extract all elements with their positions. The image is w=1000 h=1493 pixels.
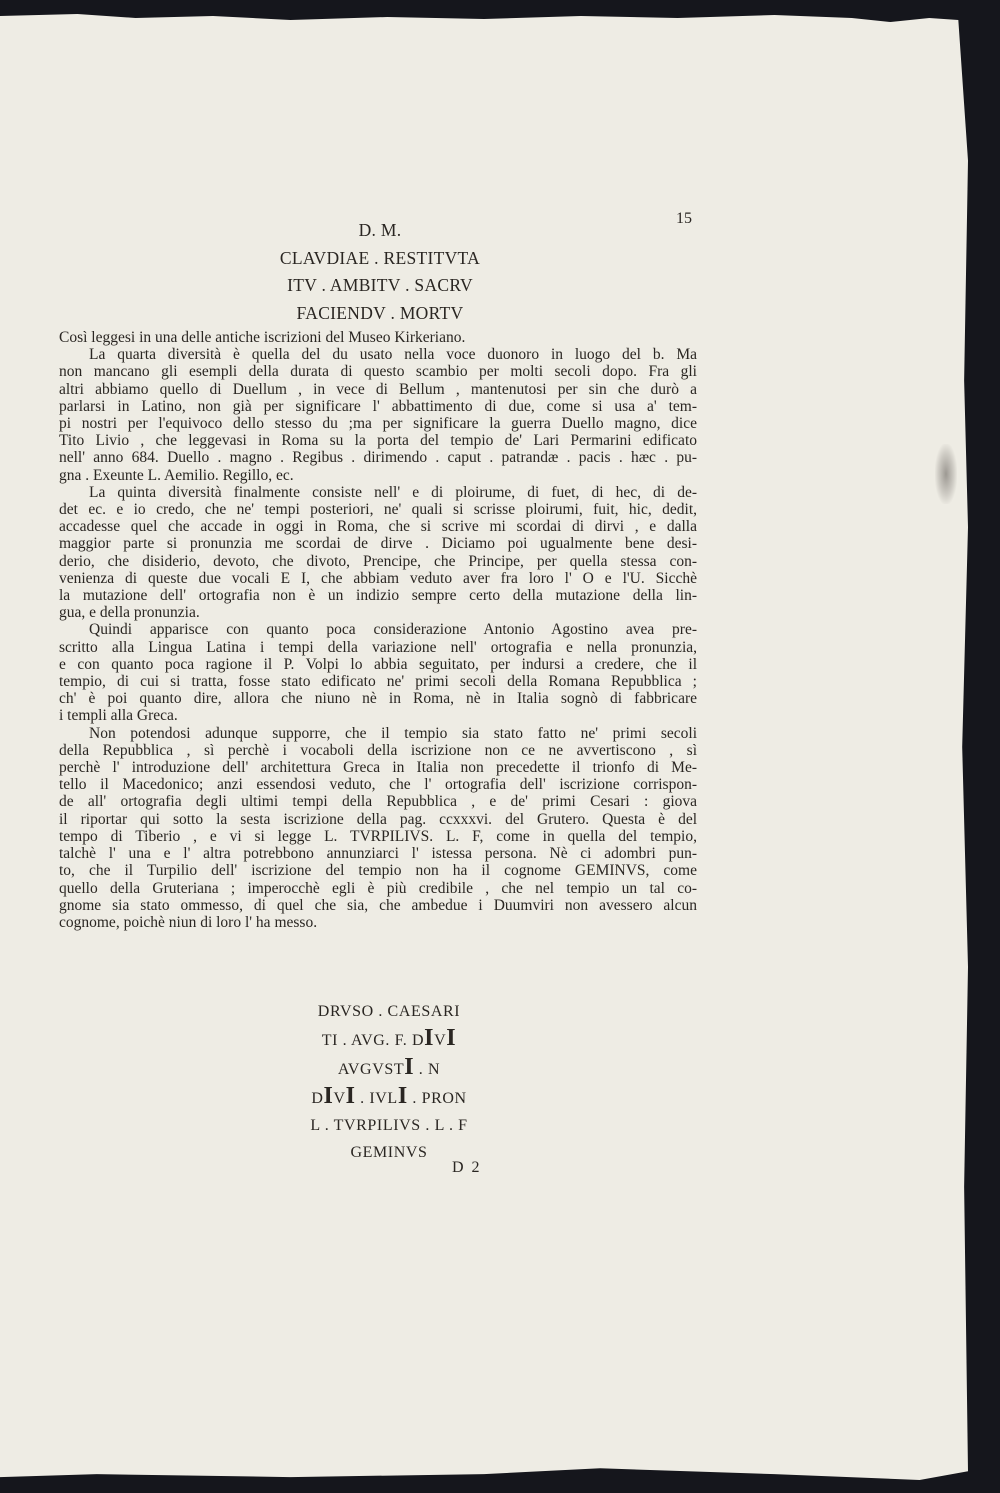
- text-line: maggior parte si pronunzia me scordai de…: [59, 535, 697, 552]
- text-line: della Repubblica , sì perchè i vocaboli …: [59, 742, 697, 759]
- text-line: nell' anno 684. Duello . magno . Regibus…: [59, 449, 697, 466]
- text-line: de all' ortografia degli ultimi tempi de…: [59, 793, 697, 810]
- text-line: cognome, poichè niun di loro l' ha messo…: [59, 914, 697, 931]
- text-line: i templi alla Greca.: [59, 707, 697, 724]
- text-line: gna . Exeunte L. Aemilio. Regillo, ec.: [59, 467, 697, 484]
- inscription-bottom: DRVSO . CAESARI TI . AVG. F. DIVI AVGVST…: [0, 998, 778, 1166]
- text-line: la mutazione dell' ortografia non è un i…: [59, 587, 697, 604]
- text-line: gnome sia stato ommesso, di quel che sia…: [59, 897, 697, 914]
- inscription-line: FACIENDV . MORTV: [0, 300, 760, 328]
- text-line: accadesse quel che accade in oggi in Rom…: [59, 518, 697, 535]
- text-line: Non potendosi adunque supporre, che il t…: [59, 725, 697, 742]
- inscription-line: GEMINVS: [0, 1139, 778, 1166]
- paragraph: Non potendosi adunque supporre, che il t…: [59, 725, 697, 931]
- text-line: non mancano gli esempli della durata di …: [59, 363, 697, 380]
- text-line: e con quanto poca ragione il P. Volpi lo…: [59, 656, 697, 673]
- inscription-line: ITV . AMBITV . SACRV: [0, 272, 760, 300]
- text-line: altri abbiamo quello di Duellum , in vec…: [59, 381, 697, 398]
- text-line: derio, che disiderio, devoto, che divoto…: [59, 553, 697, 570]
- text-line: ch' è poi quanto dire, allora che niuno …: [59, 690, 697, 707]
- paragraph: Quindi apparisce con quanto poca conside…: [59, 621, 697, 724]
- inscription-line: DRVSO . CAESARI: [0, 998, 778, 1025]
- text-line: La quinta diversità finalmente consiste …: [59, 484, 697, 501]
- text-line: tempio, di cui si tratta, fosse stato ed…: [59, 673, 697, 690]
- inscription-top: D. M. CLAVDIAE . RESTITVTA ITV . AMBITV …: [0, 217, 760, 327]
- signature-mark: D 2: [452, 1159, 482, 1177]
- book-page: 15 D. M. CLAVDIAE . RESTITVTA ITV . AMBI…: [0, 14, 968, 1480]
- text-line: il riportar qui sotto la sesta iscrizion…: [59, 811, 697, 828]
- inscription-line: D. M.: [0, 217, 760, 245]
- text-line: scritto alla Lingua Latina i tempi della…: [59, 639, 697, 656]
- inscription-line: L . TVRPILIVS . L . F: [0, 1112, 778, 1139]
- inscription-line: AVGVSTI . N: [0, 1054, 778, 1083]
- text-line: Così leggesi in una delle antiche iscriz…: [59, 329, 697, 346]
- text-line: Tito Livio , che leggevasi in Roma su la…: [59, 432, 697, 449]
- text-line: quello della Gruteriana ; imperocchè egl…: [59, 880, 697, 897]
- text-line: talchè l' una e l' altra potrebbono annu…: [59, 845, 697, 862]
- text-line: perchè l' introduzione dell' architettur…: [59, 759, 697, 776]
- paper-stain: [935, 444, 957, 504]
- text-line: tempo di Tiberio , e vi si legge L. TVRP…: [59, 828, 697, 845]
- inscription-line: DIVI . IVLI . PRON: [0, 1083, 778, 1112]
- text-line: tello il Macedonico; anzi essendosi vedu…: [59, 776, 697, 793]
- paragraph: Così leggesi in una delle antiche iscriz…: [59, 329, 697, 346]
- text-line: Quindi apparisce con quanto poca conside…: [59, 621, 697, 638]
- inscription-line: TI . AVG. F. DIVI: [0, 1025, 778, 1054]
- text-line: pi nostri per l'equivoco dello stesso du…: [59, 415, 697, 432]
- text-line: gua, e della pronunzia.: [59, 604, 697, 621]
- text-line: parlarsi in Latino, non già per signific…: [59, 398, 697, 415]
- text-line: to, che il Turpilio dell' iscrizione del…: [59, 862, 697, 879]
- body-text: Così leggesi in una delle antiche iscriz…: [59, 329, 697, 931]
- text-line: det ec. e io credo, che ne' tempi poster…: [59, 501, 697, 518]
- inscription-line: CLAVDIAE . RESTITVTA: [0, 245, 760, 273]
- paragraph: La quinta diversità finalmente consiste …: [59, 484, 697, 622]
- text-line: venienza di queste due vocali E I, che a…: [59, 570, 697, 587]
- text-line: La quarta diversità è quella del du usat…: [59, 346, 697, 363]
- paragraph: La quarta diversità è quella del du usat…: [59, 346, 697, 484]
